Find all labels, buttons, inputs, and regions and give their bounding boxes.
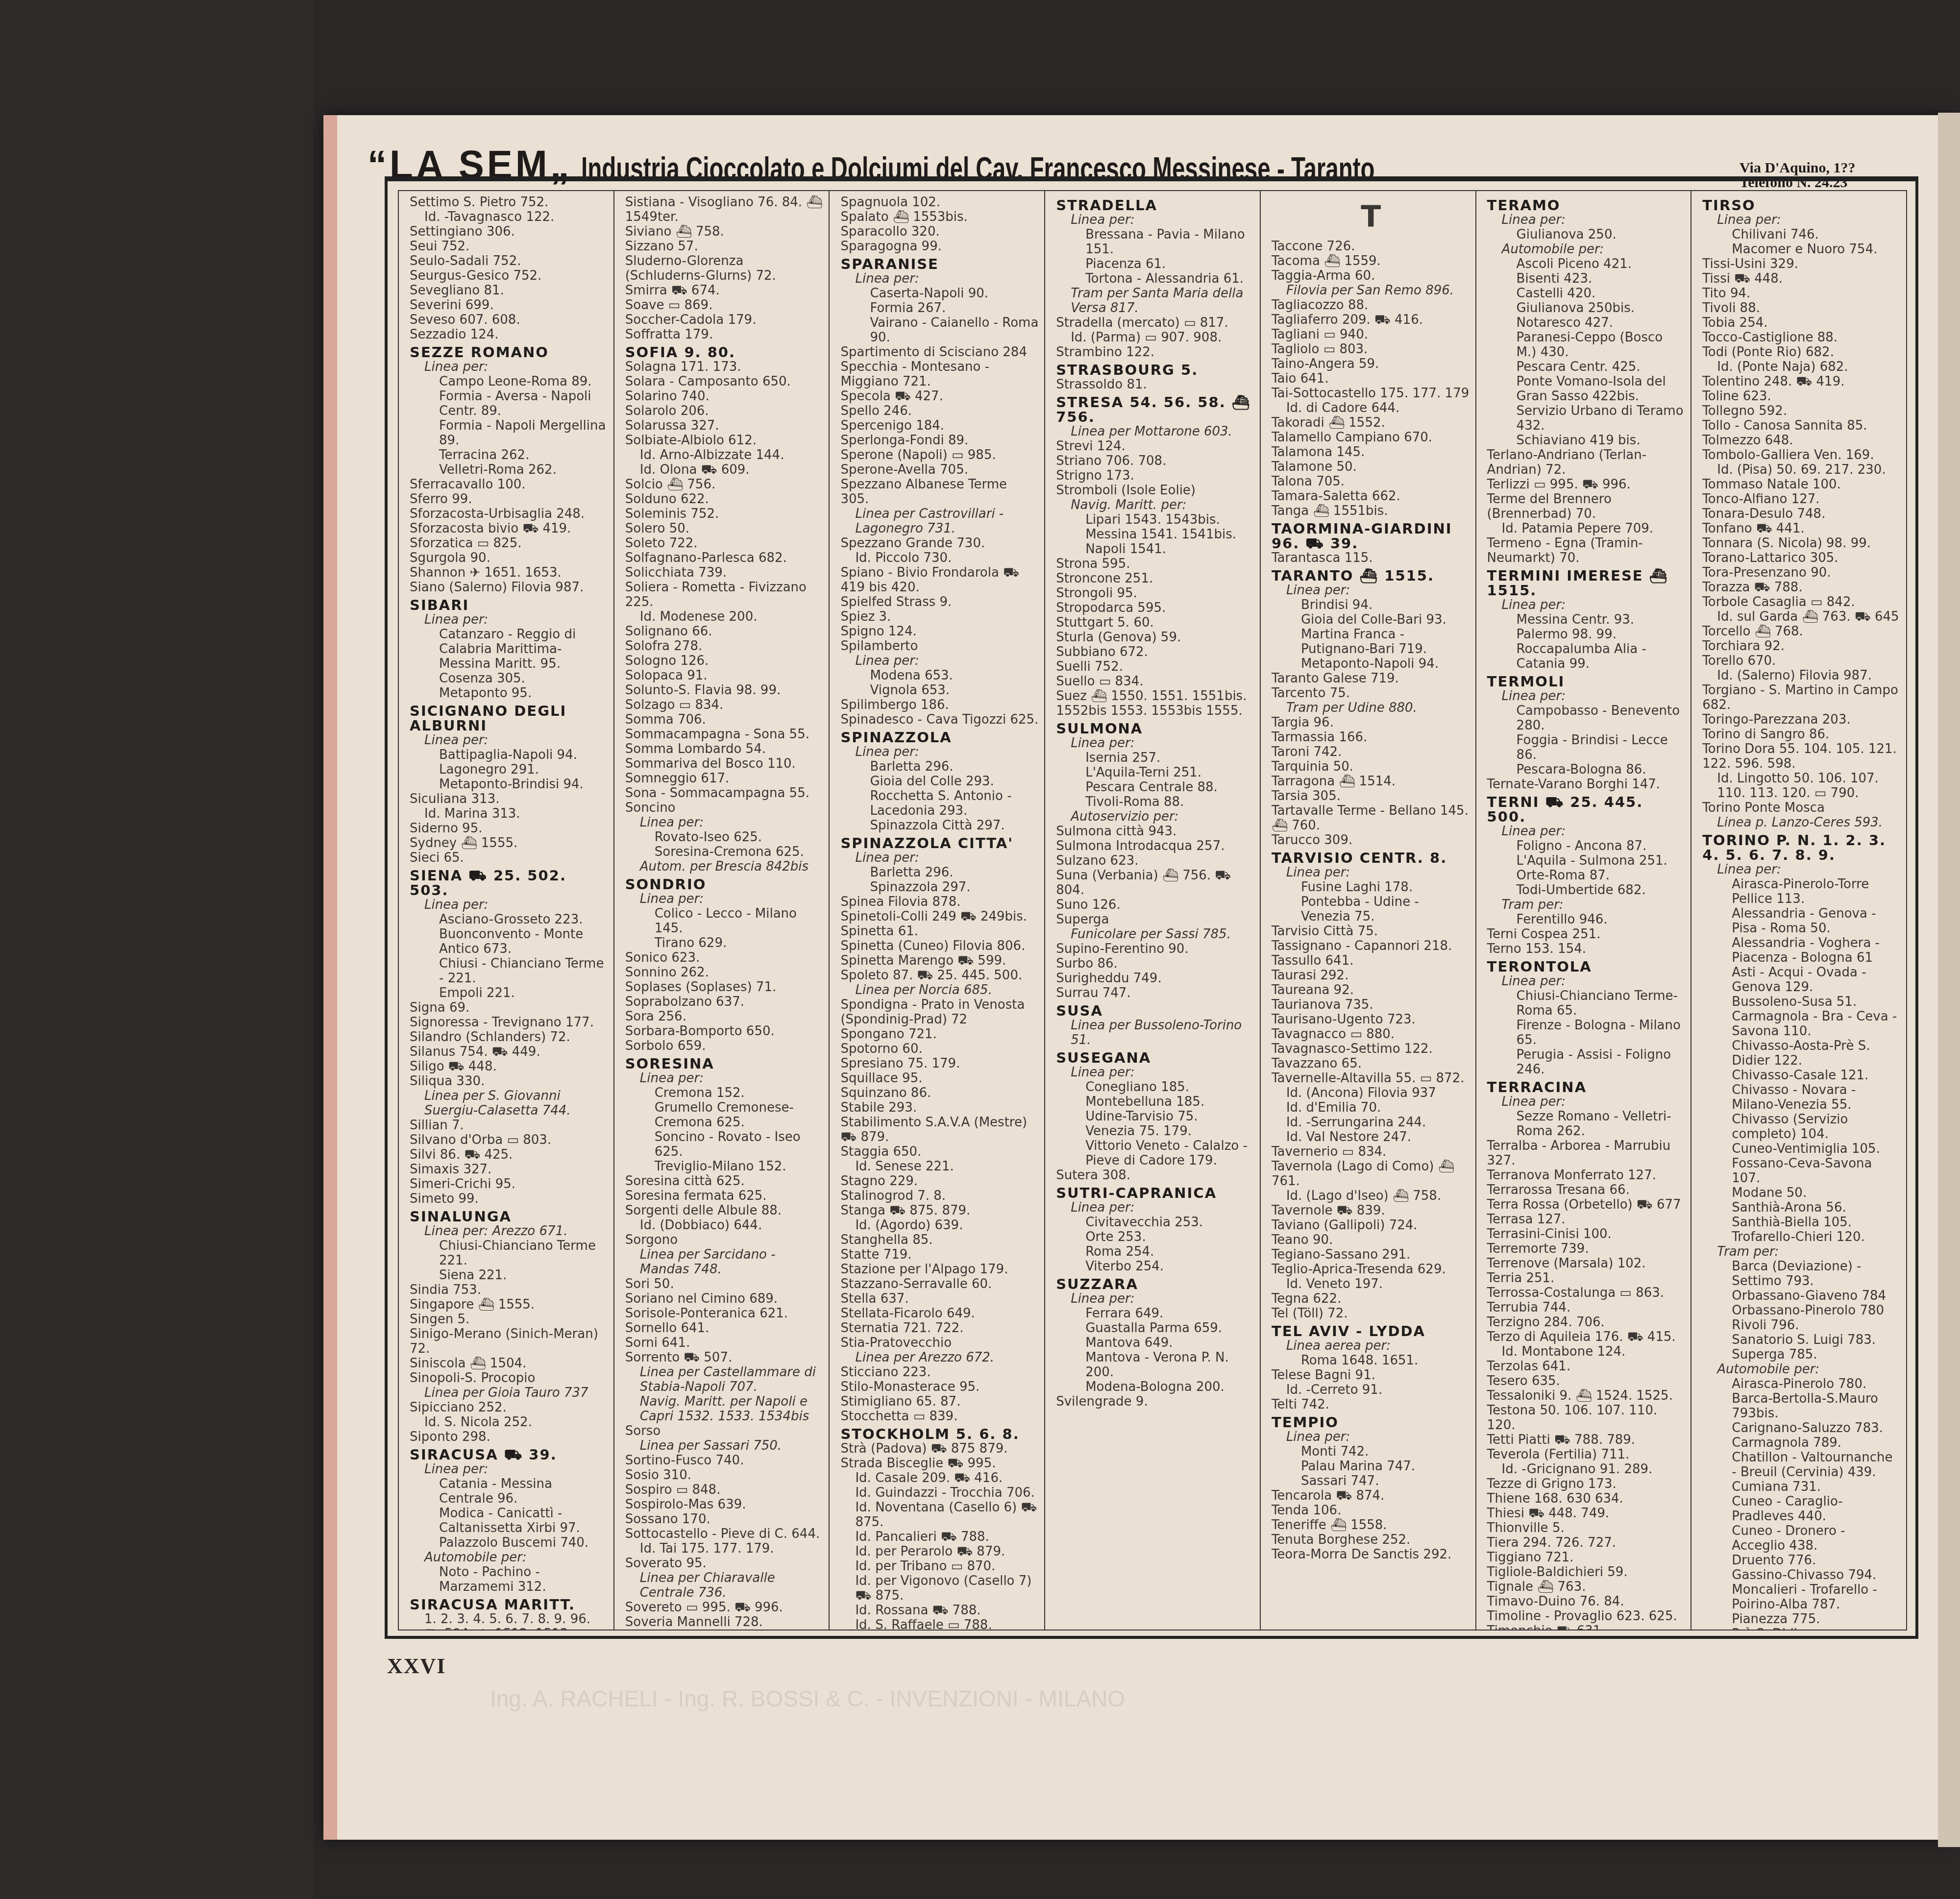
index-entry: Spinetta 61.: [840, 924, 1039, 939]
index-entry: Linea per:: [1487, 1095, 1686, 1109]
index-entry: Empoli 221.: [410, 986, 609, 1000]
index-entry: Linea per:: [1487, 213, 1686, 227]
index-entry: Sipicciano 252.: [410, 1400, 609, 1415]
station-heading: SIENA ⛟ 25. 502. 503.: [410, 868, 609, 898]
index-entry: Sperone (Napoli) ▭ 985.: [840, 448, 1039, 463]
index-entry: Stellata-Ficarolo 649.: [840, 1306, 1039, 1321]
index-entry: Testona 50. 106. 107. 110. 120.: [1487, 1403, 1686, 1433]
index-entry: Linea p. Lanzo-Ceres 593.: [1702, 815, 1901, 830]
index-entry: Tavernole ⛟ 839.: [1272, 1203, 1470, 1218]
index-entry: Targia 96.: [1272, 715, 1470, 730]
index-entry: Formia - Aversa - Napoli Centr. 89.: [410, 389, 609, 418]
index-entry: Torino Ponte Mosca: [1702, 801, 1901, 815]
index-entry: Sevegliano 81.: [410, 283, 609, 298]
index-entry: Sorni 641.: [625, 1336, 824, 1350]
index-entry: Talamona 145.: [1272, 445, 1470, 460]
index-entry: Sforzacosta-Urbisaglia 248.: [410, 507, 609, 521]
index-entry: Castelli 420.: [1487, 286, 1686, 301]
index-entry: Sinopoli-S. Procopio: [410, 1371, 609, 1386]
index-entry: L'Aquila-Terni 251.: [1056, 765, 1255, 780]
index-entry: Bressana - Pavia - Milano 151.: [1056, 227, 1255, 257]
index-entry: Terrasa 127.: [1487, 1212, 1686, 1227]
index-entry: Soave ▭ 869.: [625, 298, 824, 313]
index-entry: Singapore ⛴ 1555.: [410, 1297, 609, 1312]
station-heading: SUSEGANA: [1056, 1050, 1255, 1065]
index-entry: Teverola (Fertilia) 711.: [1487, 1447, 1686, 1462]
index-entry: Siniscola ⛴ 1504.: [410, 1356, 609, 1371]
index-entry: Sommariva del Bosco 110.: [625, 756, 824, 771]
index-entry: Taviano (Gallipoli) 724.: [1272, 1218, 1470, 1233]
index-entry: Linea per:: [625, 815, 824, 830]
index-entry: Id. Casale 209. ⛟ 416.: [840, 1471, 1039, 1485]
station-heading: SUZZARA: [1056, 1277, 1255, 1291]
index-entry: Automobile per:: [1702, 1362, 1901, 1377]
index-entry: Spinetta (Cuneo) Filovia 806.: [840, 939, 1039, 953]
index-entry: Fusine Laghi 178.: [1272, 880, 1470, 895]
index-entry: Linea per:: [1702, 862, 1901, 877]
index-entry: Solignano 66.: [625, 624, 824, 639]
index-entry: Spagnuola 102.: [840, 195, 1039, 210]
index-entry: Strassoldo 81.: [1056, 377, 1255, 392]
index-entry: Barletta 296.: [840, 865, 1039, 880]
index-entry: Soresina fermata 625.: [625, 1189, 824, 1203]
index-entry: Id. -Cerreto 91.: [1272, 1383, 1470, 1397]
index-entry: Stalinogrod 7. 8.: [840, 1189, 1039, 1203]
index-entry: Suno 126.: [1056, 898, 1255, 912]
index-entry: Sydney ⛴ 1555.: [410, 836, 609, 851]
index-entry: Linea aerea per:: [1272, 1339, 1470, 1353]
station-heading: STOCKHOLM 5. 6. 8.: [840, 1427, 1039, 1441]
index-entry: Barca-Bertolla-S.Mauro 793bis.: [1702, 1391, 1901, 1421]
index-entry: Terno 153. 154.: [1487, 942, 1686, 956]
index-entry: Notaresco 427.: [1487, 316, 1686, 330]
index-entry: Terrasini-Cinisi 100.: [1487, 1227, 1686, 1242]
index-entry: Tarsia 305.: [1272, 789, 1470, 803]
index-entry: Silandro (Schlanders) 72.: [410, 1030, 609, 1045]
index-entry: Somma Lombardo 54.: [625, 742, 824, 756]
index-entry: Sologno 126.: [625, 654, 824, 668]
index-entry: Telti 742.: [1272, 1397, 1470, 1412]
index-entry: Solarolo 206.: [625, 404, 824, 418]
index-entry: Todi (Ponte Rio) 682.: [1702, 345, 1901, 360]
index-entry: Stanga ⛟ 875. 879.: [840, 1203, 1039, 1218]
index-entry: Tiera 294. 726. 727.: [1487, 1535, 1686, 1550]
index-entry: Linea per Chiaravalle Centrale 736.: [625, 1571, 824, 1600]
index-entry: Solzago ▭ 834.: [625, 698, 824, 712]
index-entry: Catanzaro - Reggio di Calabria Marittima…: [410, 627, 609, 671]
index-entry: Linea per:: [410, 612, 609, 627]
index-entry: Sulmona Introdacqua 257.: [1056, 839, 1255, 853]
index-entry: Tagliolo ▭ 803.: [1272, 342, 1470, 357]
index-entry: Gassino-Chivasso 794.: [1702, 1568, 1901, 1582]
index-entry: Sutera 308.: [1056, 1168, 1255, 1183]
index-entry: Paranesi-Ceppo (Bosco M.) 430.: [1487, 330, 1686, 360]
index-entry: Stilo-Monasterace 95.: [840, 1380, 1039, 1394]
index-entry: Soveria Mannelli 728.: [625, 1615, 824, 1630]
index-entry: Autom. per Brescia 842bis: [625, 859, 824, 874]
index-entry: Soresina città 625.: [625, 1174, 824, 1189]
index-entry: Campobasso - Benevento 280.: [1487, 704, 1686, 733]
index-entry: Ternate-Varano Borghi 147.: [1487, 777, 1686, 792]
index-entry: Spartimento di Scisciano 284: [840, 345, 1039, 360]
index-entry: Taureana 92.: [1272, 983, 1470, 998]
index-entry: Monti 742.: [1272, 1444, 1470, 1459]
index-entry: Sommacampagna - Sona 55.: [625, 727, 824, 742]
index-entry: Tigliole-Baldichieri 59.: [1487, 1565, 1686, 1580]
index-entry: Navig. Maritt. per Napoli e Capri 1532. …: [625, 1394, 824, 1424]
index-entry: Siderno 95.: [410, 821, 609, 836]
index-entry: Superga: [1056, 912, 1255, 927]
index-entry: Sornello 641.: [625, 1321, 824, 1336]
index-entry: Signa 69.: [410, 1000, 609, 1015]
index-entry: Buonconvento - Monte Antico 673.: [410, 927, 609, 956]
column-2: Sistiana - Visogliano 76. 84. ⛴ 1549ter.…: [614, 191, 830, 1630]
index-entry: Id. Montabone 124.: [1487, 1344, 1686, 1359]
station-heading: SEZZE ROMANO: [410, 345, 609, 360]
index-entry: Soverato 95.: [625, 1556, 824, 1571]
index-entry: Linea per S. Giovanni Suergiu-Calasetta …: [410, 1089, 609, 1118]
index-entry: Cuneo - Caraglio-Pradleves 440.: [1702, 1494, 1901, 1524]
index-entry: Chivasso-Aosta-Prè S. Didier 122.: [1702, 1039, 1901, 1068]
index-entry: Specola ⛟ 427.: [840, 389, 1039, 404]
index-entry: Foligno - Ancona 87.: [1487, 839, 1686, 853]
index-entry: Carignano-Saluzzo 783.: [1702, 1421, 1901, 1436]
index-entry: Shannon ✈ 1651. 1653.: [410, 565, 609, 580]
column-6: TERAMOLinea per:Giulianova 250.Automobil…: [1476, 191, 1692, 1630]
index-entry: Id. (Ancona) Filovia 937: [1272, 1086, 1470, 1100]
index-entry: 1. 2. 3. 4. 5. 6. 7. 8. 9. 96. ⛟ 504. ⛴ …: [410, 1612, 609, 1630]
index-entry: Pianezza 775.: [1702, 1612, 1901, 1627]
column-7: TIRSOLinea per:Chilivani 746.Macomer e N…: [1691, 191, 1906, 1630]
index-entry: Tavernelle-Altavilla 55. ▭ 872.: [1272, 1071, 1470, 1086]
index-entry: Sori 50.: [625, 1277, 824, 1291]
index-entry: Sonnino 262.: [625, 965, 824, 980]
index-entry: Surrau 747.: [1056, 986, 1255, 1000]
index-entry: Sferro 99.: [410, 492, 609, 507]
index-entry: Spiez 3.: [840, 609, 1039, 624]
page-edge: [323, 115, 337, 1840]
index-entry: Barletta 296.: [840, 759, 1039, 774]
station-heading: TERRACINA: [1487, 1080, 1686, 1095]
index-entry: Alessandria - Voghera - Piacenza - Bolog…: [1702, 936, 1901, 965]
station-heading: TERMINI IMERESE ⛴ 1515.: [1487, 568, 1686, 598]
index-entry: Chilivani 746.: [1702, 227, 1901, 242]
index-entry: Servizio Urbano di Teramo 432.: [1487, 404, 1686, 433]
index-entry: Terra Rossa (Orbetello) ⛟ 677: [1487, 1197, 1686, 1212]
index-entry: Seveso 607. 608.: [410, 313, 609, 327]
index-entry: Tel (Töll) 72.: [1272, 1306, 1470, 1321]
index-entry: Torchiara 92.: [1702, 639, 1901, 654]
index-entry: Fossano-Ceva-Savona 107.: [1702, 1156, 1901, 1186]
index-entry: Strà (Padova) ⛟ 875 879.: [840, 1441, 1039, 1456]
index-entry: Tarucco 309.: [1272, 833, 1470, 848]
index-entry: Sanatorio S. Luigi 783.: [1702, 1333, 1901, 1347]
index-entry: Linea per:: [840, 271, 1039, 286]
index-entry: Linea per:: [1487, 598, 1686, 612]
index-entry: Suna (Verbania) ⛴ 756. ⛟ 804.: [1056, 868, 1255, 898]
index-entry: Solarino 740.: [625, 389, 824, 404]
index-entry: Statte 719.: [840, 1247, 1039, 1262]
index-entry: Gioia del Colle 293.: [840, 774, 1039, 789]
index-entry: Talamello Campiano 670.: [1272, 430, 1470, 445]
index-entry: Soleto 722.: [625, 536, 824, 551]
index-entry: Tenda 106.: [1272, 1503, 1470, 1518]
index-entry: Lipari 1543. 1543bis.: [1056, 512, 1255, 527]
index-entry: Tezze di Grigno 173.: [1487, 1477, 1686, 1491]
index-entry: Striano 706. 708.: [1056, 454, 1255, 468]
index-entry: Id. Rossana ⛟ 788.: [840, 1603, 1039, 1618]
index-entry: Tencarola ⛟ 874.: [1272, 1488, 1470, 1503]
index-entry: Soncino: [625, 801, 824, 815]
index-entry: Tram per:: [1702, 1244, 1901, 1259]
station-heading: STRADELLA: [1056, 198, 1255, 213]
index-entry: Id. per Perarolo ⛟ 879.: [840, 1544, 1039, 1559]
index-entry: Sperone-Avella 705.: [840, 463, 1039, 477]
index-entry: Taurianova 735.: [1272, 998, 1470, 1012]
dark-background: [0, 0, 314, 1899]
index-entry: Terracina 262.: [410, 448, 609, 463]
index-entry: Linea per: Arezzo 671.: [410, 1224, 609, 1239]
index-entry: Linea per:: [625, 892, 824, 906]
index-entry: Id. Noventana (Casello 6) ⛟ 875.: [840, 1500, 1039, 1530]
index-entry: Stradella (mercato) ▭ 817.: [1056, 316, 1255, 330]
index-entry: Sindia 753.: [410, 1283, 609, 1297]
index-entry: Taranto Galese 719.: [1272, 671, 1470, 686]
index-entry: Tassignano - Capannori 218.: [1272, 939, 1470, 953]
index-entry: Linea per:: [1487, 689, 1686, 704]
index-entry: Terzo di Aquileia 176. ⛟ 415.: [1487, 1330, 1686, 1344]
index-entry: Strona 595.: [1056, 557, 1255, 571]
index-entry: Id. (Parma) ▭ 907. 908.: [1056, 330, 1255, 345]
index-entry: Linea per Arezzo 672.: [840, 1350, 1039, 1365]
address-line: Via D'Aquino, 1??: [1739, 161, 1855, 175]
index-entry: Tirano 629.: [625, 936, 824, 950]
index-entry: Tarquinia 50.: [1272, 759, 1470, 774]
index-entry: Soffratta 179.: [625, 327, 824, 342]
index-entry: Seurgus-Gesico 752.: [410, 268, 609, 283]
index-entry: Terrarossa Tresana 66.: [1487, 1183, 1686, 1197]
index-entry: Suelli 752.: [1056, 659, 1255, 674]
index-entry: Viterbo 254.: [1056, 1259, 1255, 1274]
index-entry: Spinea Filovia 878.: [840, 895, 1039, 909]
index-entry: Id. -Gricignano 91. 289.: [1487, 1462, 1686, 1477]
index-entry: Id. Modenese 200.: [625, 609, 824, 624]
index-entry: Taio 641.: [1272, 371, 1470, 386]
index-entry: Id. Veneto 197.: [1272, 1277, 1470, 1291]
index-entry: Id. Arno-Albizzate 144.: [625, 448, 824, 463]
index-entry: Stagno 229.: [840, 1174, 1039, 1189]
index-entry: Chiusi-Chianciano Terme 221.: [410, 1239, 609, 1268]
index-entry: Silanus 754. ⛟ 449.: [410, 1045, 609, 1059]
index-entry: Sistiana - Visogliano 76. 84. ⛴ 1549ter.: [625, 195, 824, 224]
index-entry: Linea per:: [1487, 974, 1686, 989]
index-entry: Solagna 171. 173.: [625, 360, 824, 374]
index-entry: Strevi 124.: [1056, 439, 1255, 454]
station-heading: SOFIA 9. 80.: [625, 345, 824, 360]
index-entry: Linea per Castellammare di Stabia-Napoli…: [625, 1365, 824, 1394]
index-entry: Automobile per:: [1487, 242, 1686, 257]
index-entry: Thionville 5.: [1487, 1521, 1686, 1535]
index-entry: Isernia 257.: [1056, 751, 1255, 765]
index-entry: Siano (Salerno) Filovia 987.: [410, 580, 609, 595]
index-entry: Linea per:: [840, 654, 1039, 668]
index-entry: Chiusi-Chianciano Terme-Roma 65.: [1487, 989, 1686, 1018]
index-entry: Somma 706.: [625, 712, 824, 727]
index-entry: Linea per:: [1702, 213, 1901, 227]
index-entry: Torbole Casaglia ▭ 842.: [1702, 595, 1901, 609]
index-entry: Stroncone 251.: [1056, 571, 1255, 586]
column-1: Settimo S. Pietro 752.Id. -Tavagnasco 12…: [399, 191, 614, 1630]
index-entry: Lagonegro 291.: [410, 762, 609, 777]
station-heading: SINALUNGA: [410, 1209, 609, 1224]
index-entry: Linea per Bussoleno-Torino 51.: [1056, 1018, 1255, 1047]
index-entry: Linea per:: [625, 1071, 824, 1086]
index-entry: Tivoli 88.: [1702, 301, 1901, 316]
index-entry: Metaponto-Napoli 94.: [1272, 657, 1470, 671]
index-entry: Linea per:: [840, 851, 1039, 865]
station-heading: SONDRIO: [625, 877, 824, 892]
index-entry: Perugia - Assisi - Foligno 246.: [1487, 1047, 1686, 1077]
index-entry: Rovato-Iseo 625.: [625, 830, 824, 845]
index-entry: Torino Dora 55. 104. 105. 121. 122. 596.…: [1702, 742, 1901, 771]
index-entry: Solarussa 327.: [625, 418, 824, 433]
index-entry: Siponto 298.: [410, 1430, 609, 1444]
index-entry: Mantova 649.: [1056, 1336, 1255, 1350]
index-entry: Foggia - Brindisi - Lecce 86.: [1487, 733, 1686, 762]
index-entry: Teneriffe ⛴ 1558.: [1272, 1518, 1470, 1533]
index-entry: Tarragona ⛴ 1514.: [1272, 774, 1470, 789]
index-entry: Simeto 99.: [410, 1192, 609, 1206]
index-entry: Tortona - Alessandria 61.: [1056, 271, 1255, 286]
index-entry: Pescara-Bologna 86.: [1487, 762, 1686, 777]
index-entry: Pontebba - Udine - Venezia 75.: [1272, 895, 1470, 924]
index-entry: Tocco-Castiglione 88.: [1702, 330, 1901, 345]
index-entry: Carmagnola - Bra - Ceva - Savona 110.: [1702, 1009, 1901, 1039]
index-entry: Linea per Sarcidano - Mandas 748.: [625, 1247, 824, 1277]
index-entry: Siculiana 313.: [410, 792, 609, 806]
index-entry: Solcio ⛴ 756.: [625, 477, 824, 492]
page-number: XXVI: [387, 1654, 446, 1679]
index-entry: Thiene 168. 630 634.: [1487, 1491, 1686, 1506]
index-entry: Orte 253.: [1056, 1230, 1255, 1244]
index-entry: Simeri-Crichi 95.: [410, 1177, 609, 1192]
index-entry: Silvano d'Orba ▭ 803.: [410, 1133, 609, 1147]
index-entry: Soriano nel Cimino 689.: [625, 1291, 824, 1306]
index-entry: Torgiano - S. Martino in Campo 682.: [1702, 683, 1901, 712]
index-entry: Terrubia 744.: [1487, 1300, 1686, 1315]
index-entry: Tolentino 248. ⛟ 419.: [1702, 374, 1901, 389]
station-heading: TEL AVIV - LYDDA: [1272, 1324, 1470, 1339]
index-entry: Tram per Santa Maria della Versa 817.: [1056, 286, 1255, 316]
index-entry: Solofra 278.: [625, 639, 824, 654]
index-entry: Sospirolo-Mas 639.: [625, 1497, 824, 1512]
index-entry: Tarcento 75.: [1272, 686, 1470, 701]
index-entry: Cosenza 305.: [410, 671, 609, 686]
index-entry: Sorgenti delle Albule 88.: [625, 1203, 824, 1218]
index-entry: Terremorte 739.: [1487, 1242, 1686, 1256]
index-entry: Todi-Umbertide 682.: [1487, 883, 1686, 898]
index-entry: Vittorio Veneto - Calalzo - Pieve di Cad…: [1056, 1139, 1255, 1168]
index-entry: Colico - Lecco - Milano 145.: [625, 906, 824, 936]
index-entry: Seui 752.: [410, 239, 609, 254]
index-entry: Sturla (Genova) 59.: [1056, 630, 1255, 645]
index-entry: Settimo S. Pietro 752.: [410, 195, 609, 210]
index-entry: Smirra ⛟ 674.: [625, 283, 824, 298]
index-entry: Superga 785.: [1702, 1347, 1901, 1362]
index-entry: Linea per:: [410, 733, 609, 748]
index-entry: Torcello ⛴ 768.: [1702, 624, 1901, 639]
index-entry: Tora-Presenzano 90.: [1702, 565, 1901, 580]
index-entry: Toline 623.: [1702, 389, 1901, 404]
index-entry: Silvi 86. ⛟ 425.: [410, 1147, 609, 1162]
index-entry: Tamara-Saletta 662.: [1272, 489, 1470, 504]
index-entry: Linea per Sassari 750.: [625, 1438, 824, 1453]
index-entry: Sezzadio 124.: [410, 327, 609, 342]
index-entry: Id. Piccolo 730.: [840, 551, 1039, 565]
station-heading: TARANTO ⛴ 1515.: [1272, 568, 1470, 583]
index-entry: Terralba - Arborea - Marrubiu 327.: [1487, 1139, 1686, 1168]
station-heading: TORINO P. N. 1. 2. 3. 4. 5. 6. 7. 8. 9.: [1702, 833, 1901, 862]
index-entry: Linea per:: [1056, 1065, 1255, 1080]
index-entry: Linea per:: [1272, 583, 1470, 598]
index-entry: Palermo 98. 99.: [1487, 627, 1686, 642]
index-entry: Teglio-Aprica-Tresenda 629.: [1272, 1262, 1470, 1277]
index-entry: Roccapalumba Alia - Catania 99.: [1487, 642, 1686, 671]
index-entry: Tonfano ⛟ 441.: [1702, 521, 1901, 536]
index-entry: Sona - Sommacampagna 55.: [625, 786, 824, 801]
index-entry: Id. (Lago d'Iseo) ⛴ 758.: [1272, 1189, 1470, 1203]
index-entry: Sparagogna 99.: [840, 239, 1039, 254]
index-entry: Teano 90.: [1272, 1233, 1470, 1247]
index-entry: Tollo - Canosa Sannita 85.: [1702, 418, 1901, 433]
station-heading: TEMPIO: [1272, 1415, 1470, 1430]
index-entry: Id. (Salerno) Filovia 987.: [1702, 668, 1901, 683]
index-entry: Sforzacosta bivio ⛟ 419.: [410, 521, 609, 536]
index-entry: Navig. Maritt. per:: [1056, 498, 1255, 512]
index-entry: Sorso: [625, 1424, 824, 1438]
index-entry: Id. Pancalieri ⛟ 788.: [840, 1530, 1039, 1544]
index-entry: Sortino-Fusco 740.: [625, 1453, 824, 1468]
index-entry: Taggia-Arma 60.: [1272, 268, 1470, 283]
index-entry: Stuttgart 5. 60.: [1056, 615, 1255, 630]
index-entry: Terrenove (Marsala) 102.: [1487, 1256, 1686, 1271]
index-entry: Ferrara 649.: [1056, 1306, 1255, 1321]
index-entry: Tommaso Natale 100.: [1702, 477, 1901, 492]
index-entry: Santhià-Biella 105.: [1702, 1215, 1901, 1230]
index-entry: Prè S. Didier - Courmayeur e La Thuile 4…: [1702, 1627, 1901, 1630]
index-entry: Taurasi 292.: [1272, 968, 1470, 983]
index-entry: Id. Guindazzi - Trocchia 706.: [840, 1485, 1039, 1500]
index-entry: Orbassano-Pinerolo 780: [1702, 1303, 1901, 1318]
index-entry: Tolmezzo 648.: [1702, 433, 1901, 448]
station-heading: SIRACUSA MARITT.: [410, 1597, 609, 1612]
index-entry: Id. S. Raffaele ▭ 788.: [840, 1618, 1039, 1630]
index-entry: Stropodarca 595.: [1056, 601, 1255, 615]
index-entry: Thiesi ⛟ 448. 749.: [1487, 1506, 1686, 1521]
index-entry: Sinigo-Merano (Sinich-Meran) 72.: [410, 1327, 609, 1356]
index-entry: Piacenza 61.: [1056, 257, 1255, 271]
index-entry: Chatillon - Valtournanche - Breuil (Cerv…: [1702, 1450, 1901, 1480]
index-entry: Chivasso-Casale 121.: [1702, 1068, 1901, 1083]
index-entry: Battipaglia-Napoli 94.: [410, 748, 609, 762]
index-entry: Tram per:: [1487, 898, 1686, 912]
index-entry: Trofarello-Chieri 120.: [1702, 1230, 1901, 1244]
index-entry: Tonco-Alfiano 127.: [1702, 492, 1901, 507]
index-entry: Taccone 726.: [1272, 239, 1470, 254]
index-entry: Sgurgola 90.: [410, 551, 609, 565]
index-entry: Terni Cospea 251.: [1487, 927, 1686, 942]
index-entry: Stabilimento S.A.V.A (Mestre) ⛟ 879.: [840, 1115, 1039, 1144]
